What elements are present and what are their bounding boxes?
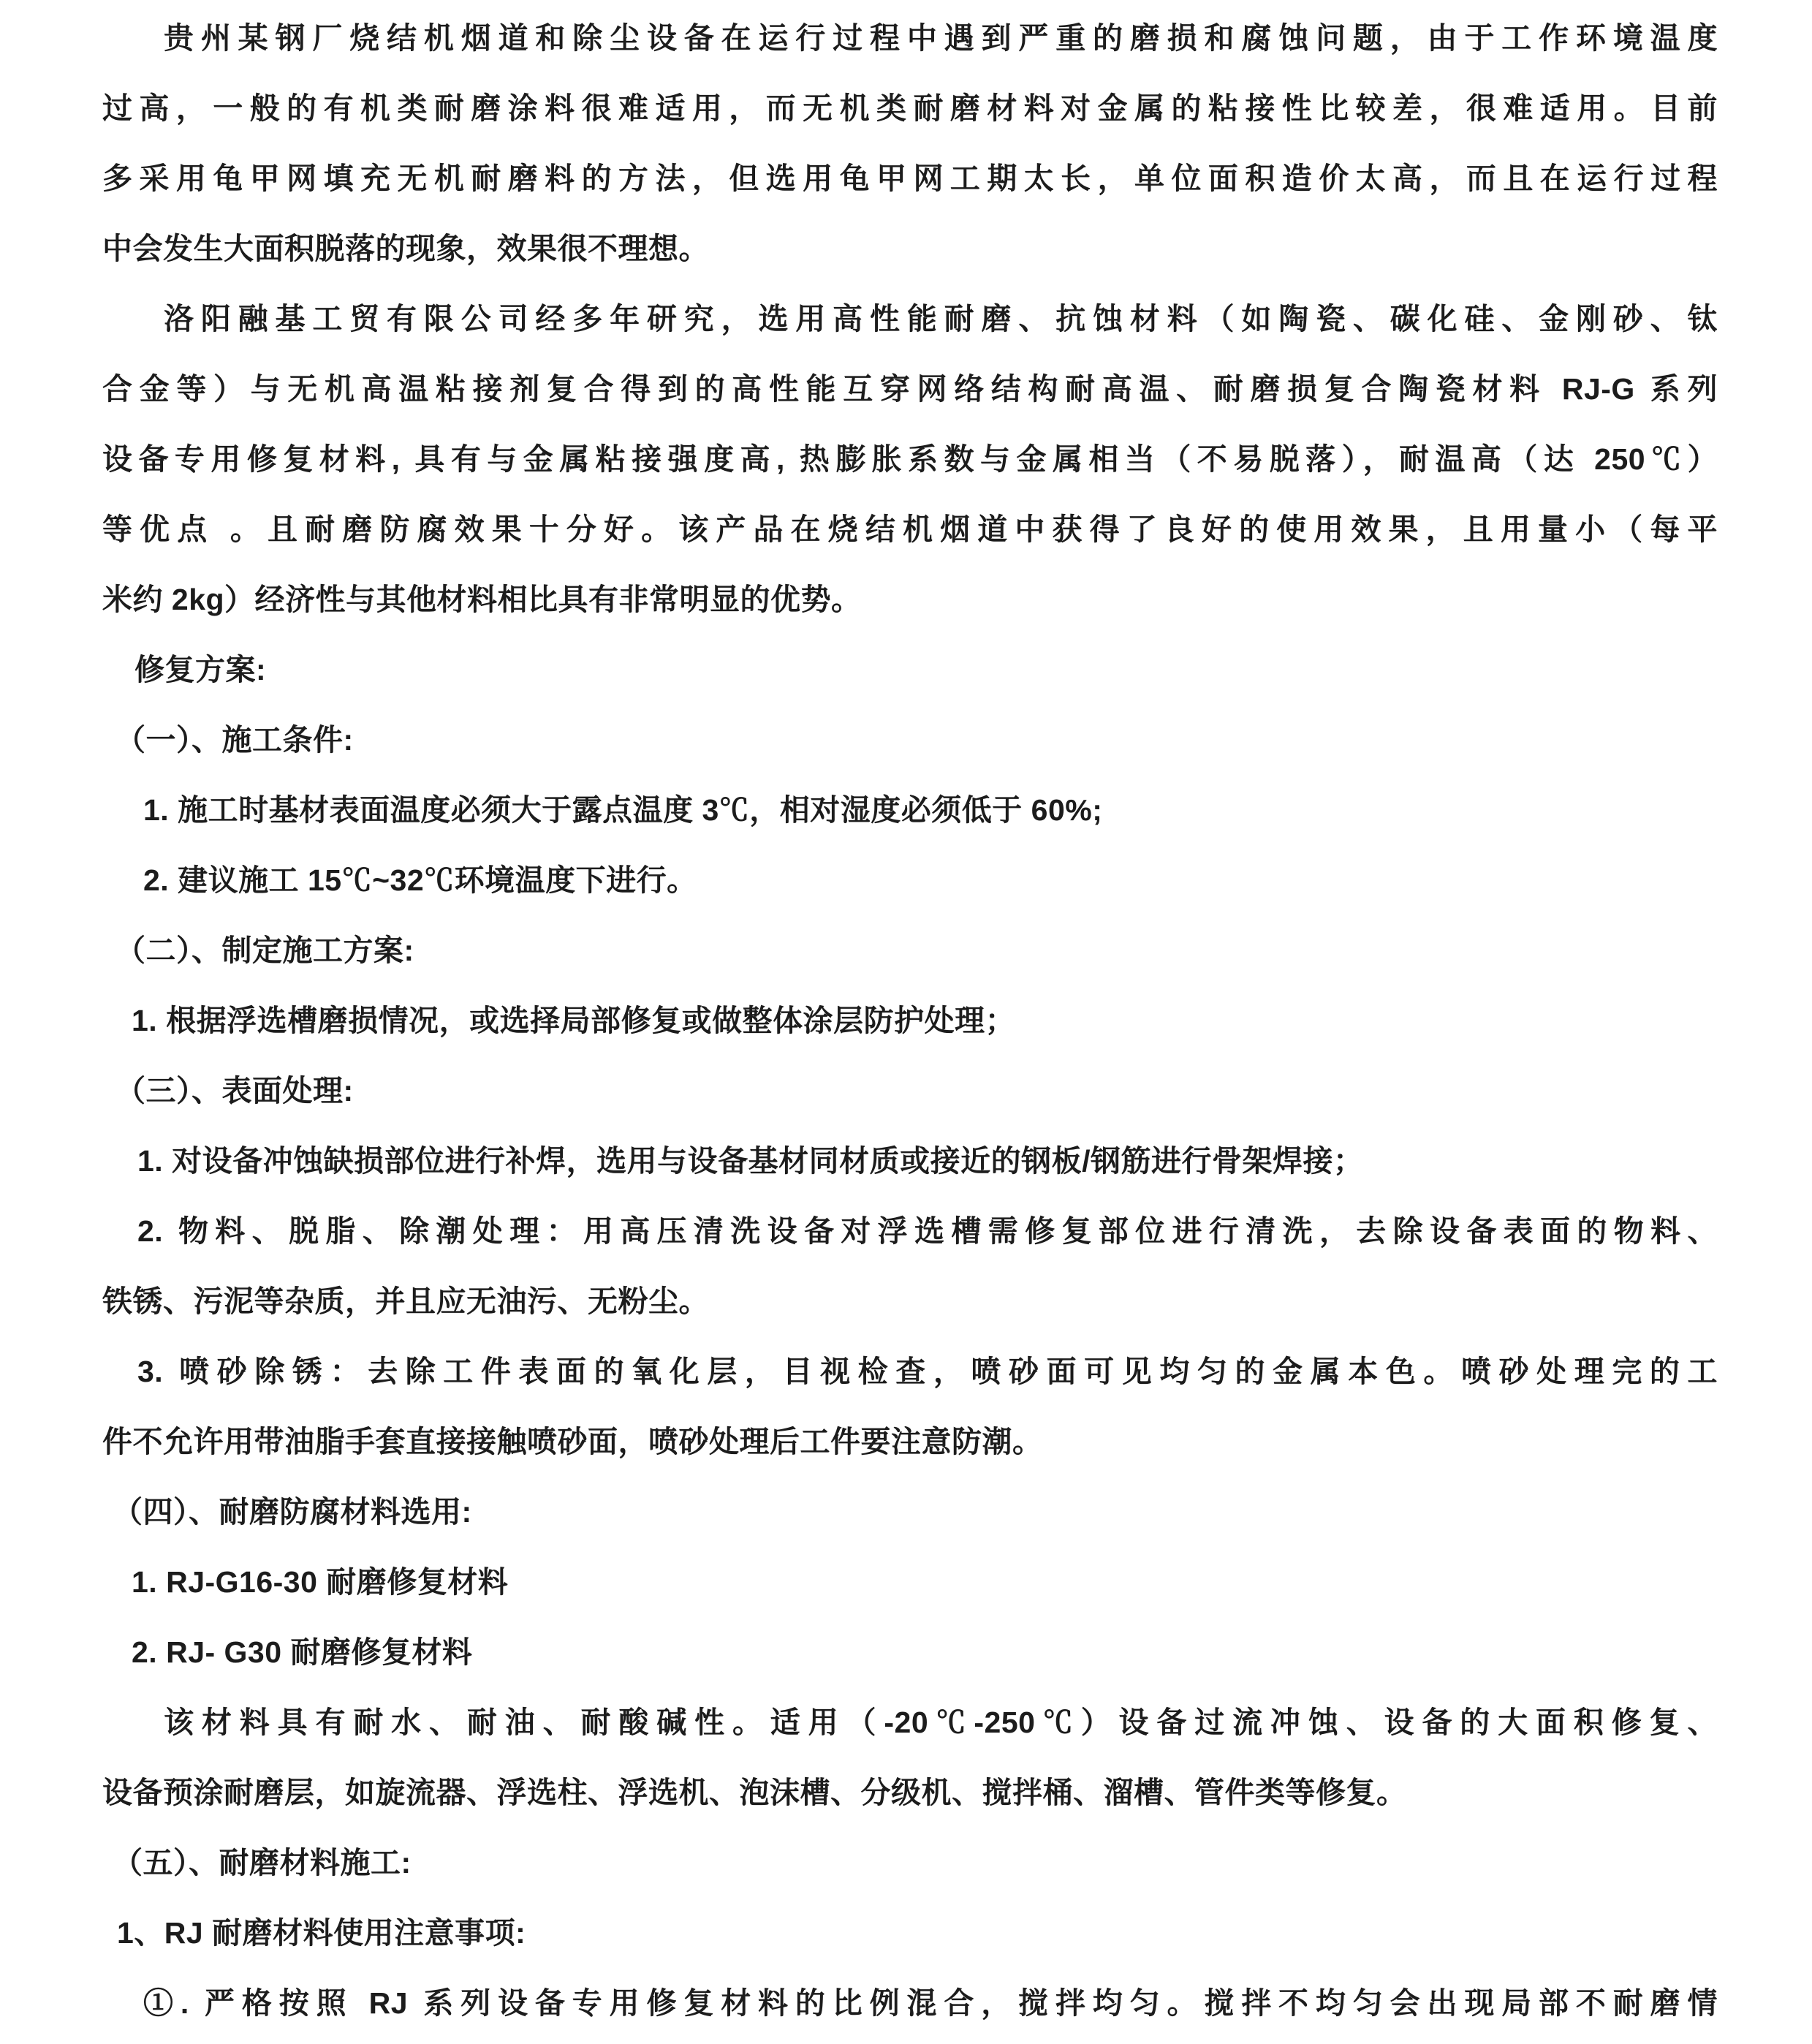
section-1-construction-conditions-heading: （一）、施工条件:: [102, 705, 1718, 775]
document-page: 贵州某钢厂烧结机烟道和除尘设备在运行过程中遇到严重的磨损和腐蚀问题，由于工作环境…: [0, 0, 1812, 2044]
material-item-2: 2. RJ- G30 耐磨修复材料: [102, 1617, 1718, 1687]
condition-item-1: 1. 施工时基材表面温度必须大于露点温度 3℃，相对湿度必须低于 60%;: [102, 775, 1718, 845]
material-description-line: 该材料具有耐水、耐油、耐酸碱性。适用（-20℃-250℃）设备过流冲蚀、设备的大…: [102, 1687, 1718, 1757]
intro-paragraph-line: 中会发生大面积脱落的现象，效果很不理想。: [102, 213, 1718, 284]
surface-item-2-continuation: 铁锈、污泥等杂质，并且应无油污、无粉尘。: [102, 1266, 1718, 1336]
surface-item-3-continuation: 件不允许用带油脂手套直接接触喷砂面，喷砂处理后工件要注意防潮。: [102, 1407, 1718, 1477]
company-solution-paragraph-line: 等优点 。且耐磨防腐效果十分好。该产品在烧结机烟道中获得了良好的使用效果，且用量…: [102, 494, 1718, 564]
company-solution-paragraph-line: 洛阳融基工贸有限公司经多年研究，选用高性能耐磨、抗蚀材料（如陶瓷、碳化硅、金刚砂…: [102, 284, 1718, 354]
intro-paragraph-line: 多采用龟甲网填充无机耐磨料的方法，但选用龟甲网工期太长，单位面积造价太高，而且在…: [102, 143, 1718, 213]
section-2-construction-plan-heading: （二）、制定施工方案:: [102, 915, 1718, 985]
company-solution-paragraph-line: 合金等）与无机高温粘接剂复合得到的高性能互穿网络结构耐高温、耐磨损复合陶瓷材料 …: [102, 354, 1718, 424]
company-solution-paragraph-line: 米约 2kg）经济性与其他材料相比具有非常明显的优势。: [102, 564, 1718, 635]
usage-notes-heading: 1、RJ 耐磨材料使用注意事项:: [102, 1898, 1718, 1968]
intro-paragraph-line: 过高，一般的有机类耐磨涂料很难适用，而无机类耐磨材料对金属的粘接性比较差，很难适…: [102, 73, 1718, 143]
material-description-line: 设备预涂耐磨层，如旋流器、浮选柱、浮选机、泡沫槽、分级机、搅拌桶、溜槽、管件类等…: [102, 1757, 1718, 1828]
intro-paragraph-line: 贵州某钢厂烧结机烟道和除尘设备在运行过程中遇到严重的磨损和腐蚀问题，由于工作环境…: [102, 3, 1718, 73]
material-item-1: 1. RJ-G16-30 耐磨修复材料: [102, 1547, 1718, 1617]
section-3-surface-treatment-heading: （三）、表面处理:: [102, 1056, 1718, 1126]
plan-item-1: 1. 根据浮选槽磨损情况，或选择局部修复或做整体涂层防护处理；: [102, 985, 1718, 1056]
surface-item-2: 2. 物料、脱脂、除潮处理：用高压清洗设备对浮选槽需修复部位进行清洗，去除设备表…: [102, 1196, 1718, 1266]
usage-note-item-1: ①. 严格按照 RJ 系列设备专用修复材料的比例混合，搅拌均匀。搅拌不均匀会出现…: [102, 1968, 1718, 2038]
section-4-material-selection-heading: （四）、耐磨防腐材料选用:: [102, 1477, 1718, 1547]
surface-item-1: 1. 对设备冲蚀缺损部位进行补焊，选用与设备基材同材质或接近的钢板/钢筋进行骨架…: [102, 1126, 1718, 1196]
condition-item-2: 2. 建议施工 15℃~32℃环境温度下进行。: [102, 845, 1718, 915]
document-body: 贵州某钢厂烧结机烟道和除尘设备在运行过程中遇到严重的磨损和腐蚀问题，由于工作环境…: [102, 3, 1718, 2038]
repair-plan-heading: 修复方案:: [102, 635, 1718, 705]
section-5-construction-heading: （五）、耐磨材料施工:: [102, 1828, 1718, 1898]
surface-item-3: 3. 喷砂除锈：去除工件表面的氧化层，目视检查，喷砂面可见均匀的金属本色。喷砂处…: [102, 1336, 1718, 1407]
company-solution-paragraph-line: 设备专用修复材料, 具有与金属粘接强度高, 热膨胀系数与金属相当（不易脱落），耐…: [102, 424, 1718, 494]
